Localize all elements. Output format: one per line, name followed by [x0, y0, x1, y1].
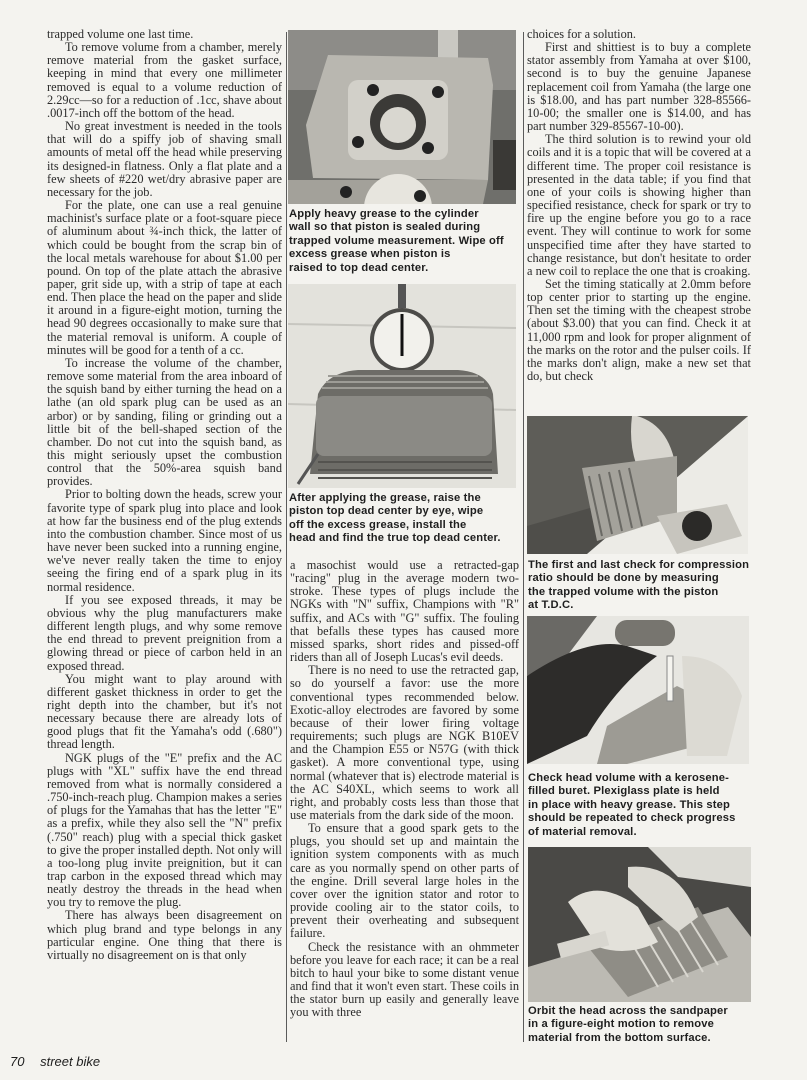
paragraph: Set the timing statically at 2.0mm befor… [527, 278, 751, 383]
photo-caption: After applying the grease, raise the pis… [289, 492, 501, 546]
paragraph: a masochist would use a retracted-gap "r… [290, 559, 519, 664]
photo-cylinder-head-gasket [288, 30, 516, 204]
photo-dial-indicator [288, 284, 516, 488]
page-folio: 70 street bike [10, 1054, 100, 1069]
paragraph: First and shittiest is to buy a complete… [527, 41, 751, 133]
middle-column-text: a masochist would use a retracted-gap "r… [290, 559, 519, 1019]
photo-head-on-cylinder [527, 416, 748, 554]
photo-buret-kerosene [527, 616, 749, 764]
cylinder-head-gasket-image [288, 30, 516, 204]
head-on-cylinder-image [527, 416, 748, 554]
paragraph: To remove volume from a chamber, merely … [47, 41, 282, 120]
paragraph: Prior to bolting down the heads, screw y… [47, 488, 282, 593]
paragraph: To ensure that a good spark gets to the … [290, 822, 519, 940]
paragraph: NGK plugs of the "E" prefix and the AC p… [47, 752, 282, 910]
column-rule-right [523, 32, 524, 1042]
column-rule-left [286, 32, 287, 1042]
paragraph: To increase the volume of the chamber, r… [47, 357, 282, 489]
page-number: 70 [10, 1054, 24, 1069]
left-column-text: trapped volume one last time. To remove … [47, 28, 282, 962]
paragraph: The third solution is to rewind your old… [527, 133, 751, 278]
paragraph: There is no need to use the retracted ga… [290, 664, 519, 822]
right-column-text: choices for a solution. First and shitti… [527, 28, 751, 383]
photo-caption: The first and last check for compression… [528, 559, 749, 613]
photo-caption: Apply heavy grease to the cylinder wall … [289, 208, 504, 275]
paragraph: You might want to play around with diffe… [47, 673, 282, 752]
paragraph: If you see exposed threads, it may be ob… [47, 594, 282, 673]
dial-indicator-image [288, 284, 516, 488]
buret-kerosene-image [527, 616, 749, 764]
photo-caption: Check head volume with a kerosene- fille… [528, 772, 735, 839]
paragraph: Check the resistance with an ohmmeter be… [290, 941, 519, 1020]
paragraph: No great investment is needed in the too… [47, 120, 282, 199]
paragraph: There has always been disagreement on wh… [47, 909, 282, 962]
sanding-head-image [528, 847, 751, 1002]
photo-caption: Orbit the head across the sandpaper in a… [528, 1005, 728, 1045]
photo-sanding-head [528, 847, 751, 1002]
publication-name: street bike [40, 1054, 100, 1069]
paragraph: For the plate, one can use a real genuin… [47, 199, 282, 357]
